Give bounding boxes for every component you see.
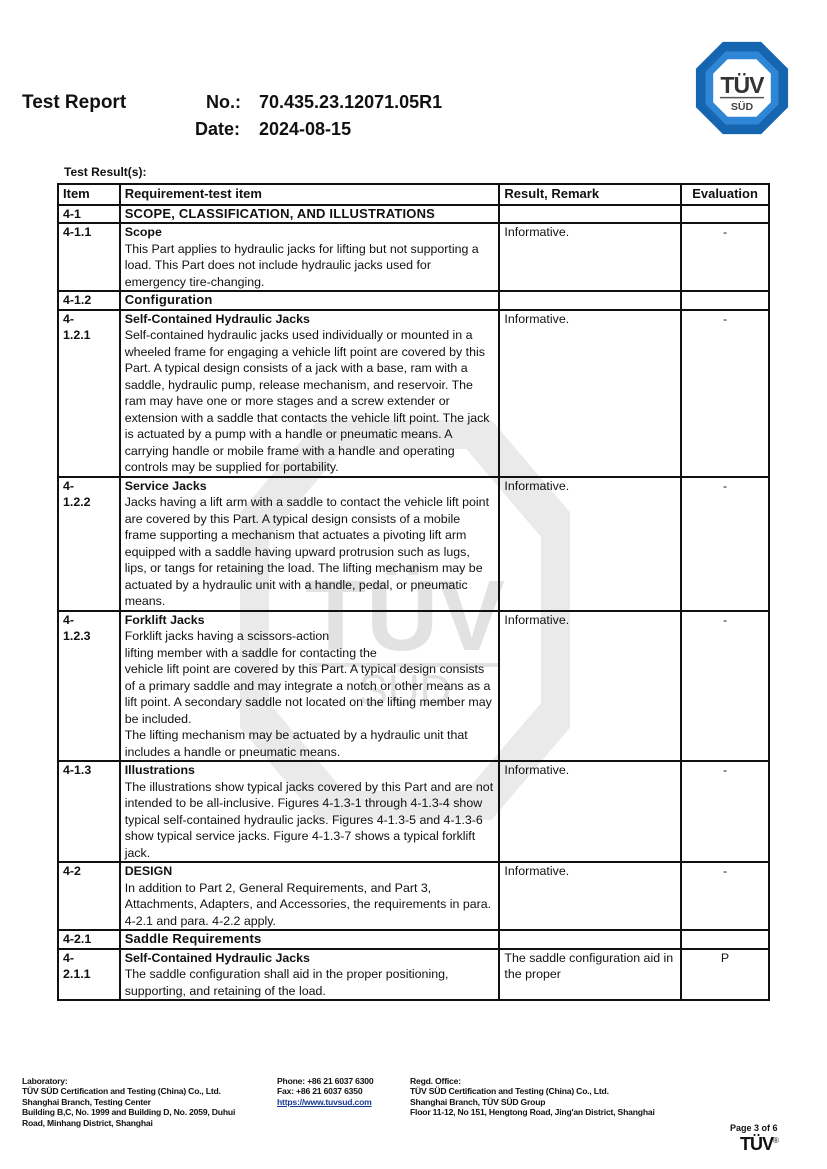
result-remark: Informative. (499, 310, 681, 477)
requirement-cell: SCOPE, CLASSIFICATION, AND ILLUSTRATIONS (120, 205, 500, 224)
requirement-title: Configuration (125, 292, 495, 309)
footer-laboratory: Laboratory: TÜV SÜD Certification and Te… (22, 1076, 235, 1128)
website-link[interactable]: https://www.tuvsud.com (277, 1097, 372, 1107)
requirement-title: SCOPE, CLASSIFICATION, AND ILLUSTRATIONS (125, 206, 495, 223)
requirement-text: The illustrations show typical jacks cov… (125, 779, 495, 862)
test-results-table: Item Requirement-test item Result, Remar… (57, 183, 770, 1001)
requirement-title: Self-Contained Hydraulic Jacks (125, 311, 495, 328)
svg-text:TÜV: TÜV (720, 72, 765, 98)
item-number: 4- 1.2.3 (58, 611, 120, 762)
office-line: TÜV SÜD Certification and Testing (China… (410, 1086, 655, 1096)
result-remark (499, 291, 681, 310)
result-remark: Informative. (499, 761, 681, 862)
column-header-evaluation: Evaluation (681, 184, 769, 205)
requirement-title: Illustrations (125, 762, 495, 779)
registered-mark-icon: ® (773, 1136, 778, 1145)
svg-text:SÜD: SÜD (731, 100, 754, 113)
fax-number: Fax: +86 21 6037 6350 (277, 1086, 373, 1096)
result-remark: Informative. (499, 611, 681, 762)
item-number: 4- 2.1.1 (58, 949, 120, 1001)
laboratory-label: Laboratory: (22, 1076, 235, 1086)
page-number: Page 3 of 6 (730, 1123, 778, 1133)
requirement-cell: Self-Contained Hydraulic JacksSelf-conta… (120, 310, 500, 477)
table-row: 4-2.1Saddle Requirements (58, 930, 769, 949)
table-row: 4-1.3IllustrationsThe illustrations show… (58, 761, 769, 862)
requirement-cell: Forklift JacksForklift jacks having a sc… (120, 611, 500, 762)
requirement-cell: DESIGNIn addition to Part 2, General Req… (120, 862, 500, 930)
tuv-sud-logo-icon: TÜV SÜD (694, 40, 790, 136)
requirement-cell: Self-Contained Hydraulic JacksThe saddle… (120, 949, 500, 1001)
evaluation: - (681, 611, 769, 762)
report-number-label: No.: (206, 92, 241, 113)
footer-brand-logo: TÜV® (740, 1134, 778, 1155)
requirement-title: Service Jacks (125, 478, 495, 495)
table-row: 4-2DESIGNIn addition to Part 2, General … (58, 862, 769, 930)
table-row: 4-1.1ScopeThis Part applies to hydraulic… (58, 223, 769, 291)
item-number: 4-2.1 (58, 930, 120, 949)
test-results-label: Test Result(s): (64, 165, 146, 179)
footer-contact: Phone: +86 21 6037 6300 Fax: +86 21 6037… (277, 1076, 373, 1107)
evaluation: - (681, 477, 769, 611)
table-row: 4- 1.2.3Forklift JacksForklift jacks hav… (58, 611, 769, 762)
evaluation: - (681, 761, 769, 862)
requirement-cell: ScopeThis Part applies to hydraulic jack… (120, 223, 500, 291)
requirement-cell: IllustrationsThe illustrations show typi… (120, 761, 500, 862)
result-remark: Informative. (499, 477, 681, 611)
evaluation: - (681, 862, 769, 930)
requirement-text: This Part applies to hydraulic jacks for… (125, 241, 495, 291)
office-label: Regd. Office: (410, 1076, 655, 1086)
requirement-text: Self-contained hydraulic jacks used indi… (125, 327, 495, 476)
requirement-text: In addition to Part 2, General Requireme… (125, 880, 495, 930)
item-number: 4- 1.2.1 (58, 310, 120, 477)
result-remark: Informative. (499, 223, 681, 291)
column-header-result: Result, Remark (499, 184, 681, 205)
requirement-text: The saddle configuration shall aid in th… (125, 966, 495, 999)
evaluation: P (681, 949, 769, 1001)
office-line: Floor 11-12, No 151, Hengtong Road, Jing… (410, 1107, 655, 1117)
evaluation (681, 930, 769, 949)
requirement-cell: Configuration (120, 291, 500, 310)
requirement-title: DESIGN (125, 863, 495, 880)
evaluation: - (681, 223, 769, 291)
item-number: 4-2 (58, 862, 120, 930)
footer-office: Regd. Office: TÜV SÜD Certification and … (410, 1076, 655, 1118)
result-remark: The saddle configuration aid in the prop… (499, 949, 681, 1001)
office-line: Shanghai Branch, TÜV SÜD Group (410, 1097, 655, 1107)
requirement-text: Forklift jacks having a scissors-action … (125, 628, 495, 760)
laboratory-line: Building B,C, No. 1999 and Building D, N… (22, 1107, 235, 1117)
report-number: 70.435.23.12071.05R1 (259, 92, 442, 113)
requirement-title: Scope (125, 224, 495, 241)
result-remark (499, 930, 681, 949)
table-row: 4- 2.1.1Self-Contained Hydraulic JacksTh… (58, 949, 769, 1001)
item-number: 4-1.2 (58, 291, 120, 310)
evaluation (681, 205, 769, 224)
report-title: Test Report (22, 92, 126, 114)
requirement-title: Saddle Requirements (125, 931, 495, 948)
table-row: 4-1.2Configuration (58, 291, 769, 310)
table-header-row: Item Requirement-test item Result, Remar… (58, 184, 769, 205)
requirement-text: Jacks having a lift arm with a saddle to… (125, 494, 495, 610)
item-number: 4-1 (58, 205, 120, 224)
item-number: 4-1.3 (58, 761, 120, 862)
item-number: 4-1.1 (58, 223, 120, 291)
report-date: 2024-08-15 (259, 119, 351, 140)
requirement-cell: Service JacksJacks having a lift arm wit… (120, 477, 500, 611)
requirement-title: Forklift Jacks (125, 612, 495, 629)
table-row: 4- 1.2.2Service JacksJacks having a lift… (58, 477, 769, 611)
item-number: 4- 1.2.2 (58, 477, 120, 611)
table-row: 4-1SCOPE, CLASSIFICATION, AND ILLUSTRATI… (58, 205, 769, 224)
requirement-title: Self-Contained Hydraulic Jacks (125, 950, 495, 967)
laboratory-line: TÜV SÜD Certification and Testing (China… (22, 1086, 235, 1096)
column-header-requirement: Requirement-test item (120, 184, 500, 205)
evaluation (681, 291, 769, 310)
requirement-cell: Saddle Requirements (120, 930, 500, 949)
laboratory-line: Shanghai Branch, Testing Center (22, 1097, 235, 1107)
column-header-item: Item (58, 184, 120, 205)
phone-number: Phone: +86 21 6037 6300 (277, 1076, 373, 1086)
footer-brand-text: TÜV (740, 1134, 773, 1154)
laboratory-line: Road, Minhang District, Shanghai (22, 1118, 235, 1128)
evaluation: - (681, 310, 769, 477)
report-date-label: Date: (195, 119, 240, 140)
result-remark: Informative. (499, 862, 681, 930)
table-row: 4- 1.2.1Self-Contained Hydraulic JacksSe… (58, 310, 769, 477)
result-remark (499, 205, 681, 224)
